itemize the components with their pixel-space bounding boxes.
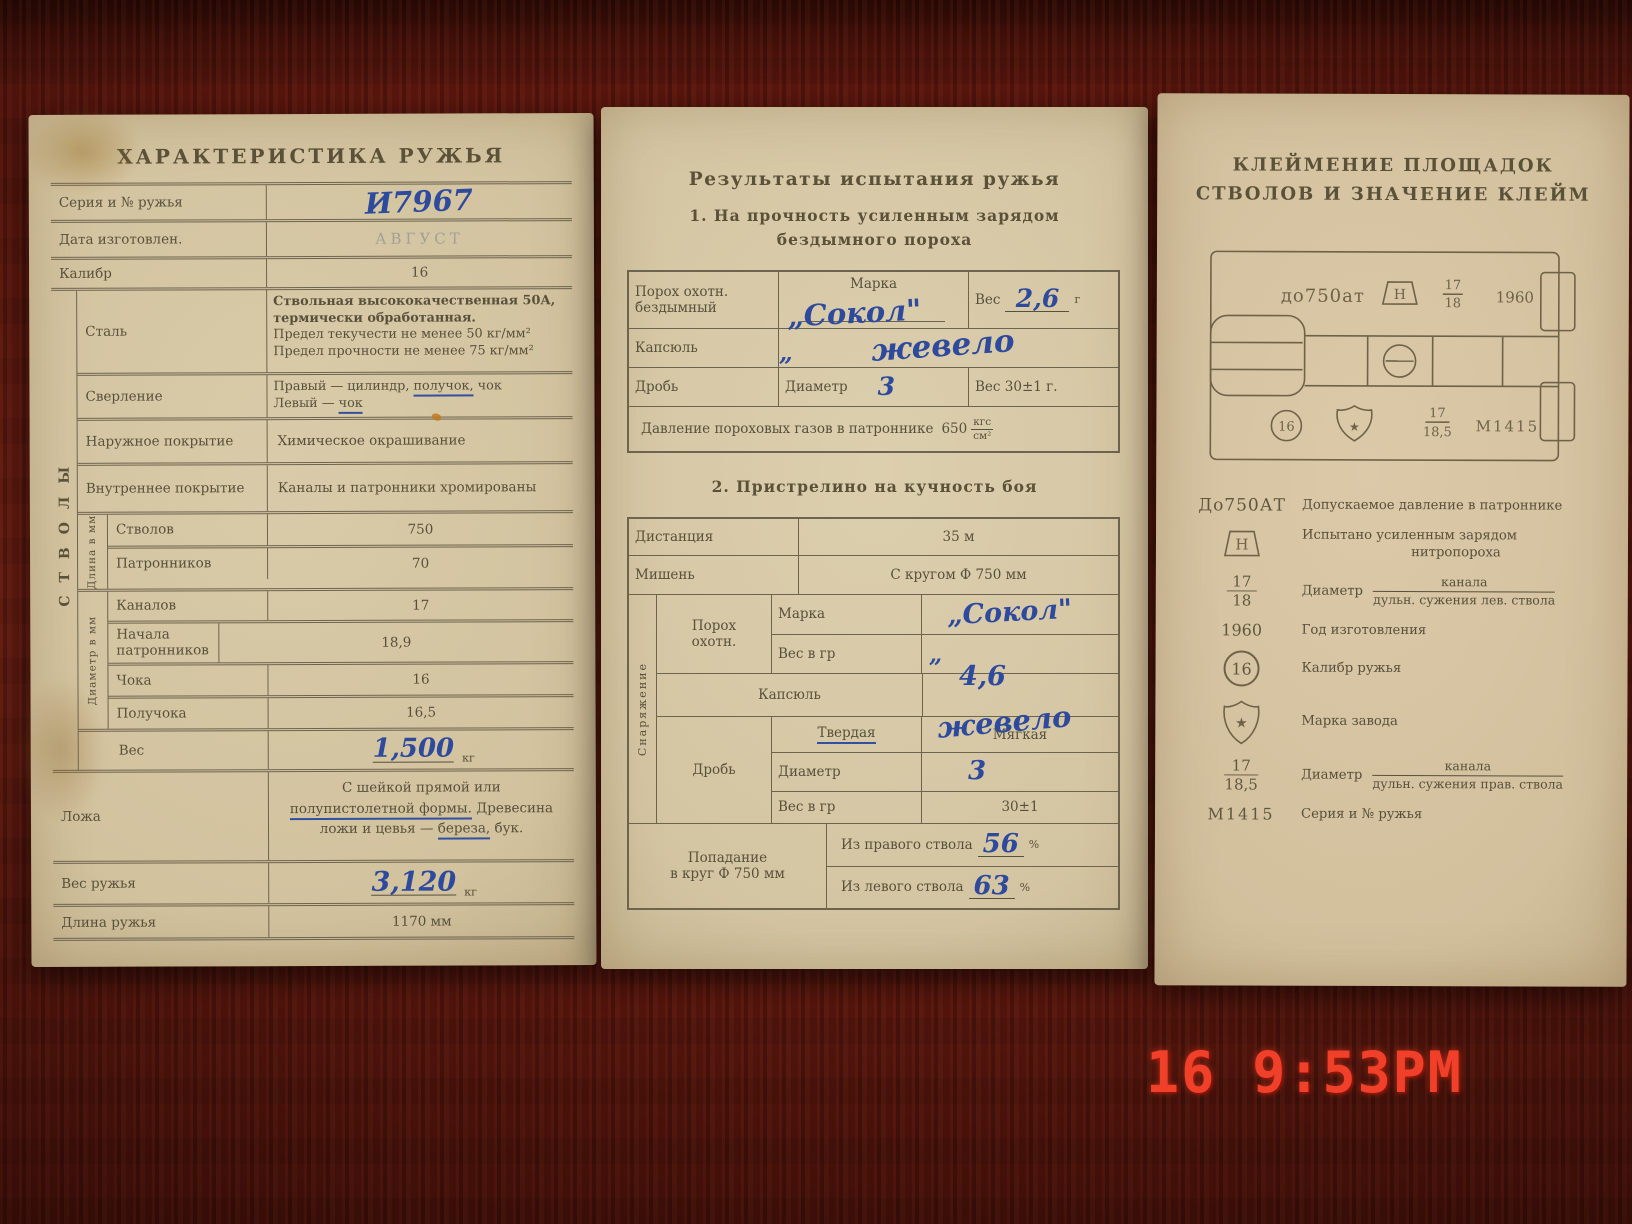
pressure-cell: Давление пороховых газов в патроннике 65… bbox=[629, 407, 1118, 451]
pressure-unit-fraction: кгс см² bbox=[971, 416, 993, 441]
powder2-label: Порохохотн. bbox=[657, 595, 772, 673]
caliber-stamp-number: 16 bbox=[1278, 419, 1295, 434]
stamp-pressure-text: до750ат bbox=[1281, 285, 1365, 306]
diameter-subgroup: Диаметр в мм Каналов 17 Начала патронник… bbox=[78, 590, 573, 732]
camera-timestamp: 16 9:53PM bbox=[1146, 1039, 1463, 1106]
drilling-value: Правый — цилиндр, получок, чок Левый — ч… bbox=[266, 374, 572, 417]
section1-line2: бездымного пороха bbox=[601, 228, 1148, 252]
stamps-title-line1: КЛЕЙМЕНИЕ ПЛОЩАДОК bbox=[1157, 151, 1629, 181]
length-vertical-label: Длина в мм bbox=[87, 515, 98, 589]
frac1-top: 17 bbox=[1227, 573, 1256, 592]
drilling-seg2: чок bbox=[474, 378, 502, 393]
barrels-group: СТВОЛЫ Сталь Ствольная высококачественна… bbox=[51, 289, 574, 773]
barrels-vertical-label: СТВОЛЫ bbox=[56, 454, 73, 607]
row-label: Сверление bbox=[77, 375, 266, 418]
nitro-proof-stamp-icon: Н bbox=[1220, 527, 1264, 561]
legend-factory-text: Марка завода bbox=[1287, 713, 1609, 732]
hits-block: Попаданиев круг Ф 750 мм Из правого ство… bbox=[629, 824, 1118, 908]
target-label: Мишень bbox=[629, 556, 799, 594]
row-label: Каналов bbox=[108, 592, 267, 622]
shot-diameter-handwritten: 3 bbox=[878, 372, 895, 402]
stamp-frac2-bottom: 18,5 bbox=[1423, 425, 1452, 440]
legend-row-caliber: 16 Калибр ружья bbox=[1195, 651, 1609, 688]
hits-label: Попаданиев круг Ф 750 мм bbox=[629, 824, 827, 908]
characteristics-table: Серия и № ружья И7967 Дата изготовлен. А… bbox=[51, 181, 575, 941]
frac1-bottom: 18 bbox=[1232, 592, 1251, 610]
table-row-barrels-weight: Вес 1,500 кг bbox=[79, 730, 574, 770]
right-barrel-cell: Из правого ствола 56 % bbox=[827, 824, 1118, 866]
legend-nitro-text: Испытано усиленным зарядом нитропороха bbox=[1288, 526, 1610, 563]
stock-underlined-wood: береза, bbox=[438, 820, 491, 839]
right-barrel-handwritten: 56 bbox=[983, 829, 1019, 859]
right-barrel-unit: % bbox=[1029, 838, 1039, 851]
weight-label: Вес bbox=[975, 292, 1000, 308]
table-row-gun-weight: Вес ружья 3,120 кг bbox=[53, 862, 574, 907]
barrels-weight-unit: кг bbox=[462, 752, 475, 769]
gun-weight-cell: 3,120 кг bbox=[268, 862, 574, 903]
legend-row-factory: ★ Марка завода bbox=[1195, 698, 1609, 747]
table-row-chamber-length: Патронников 70 bbox=[108, 547, 573, 580]
drilling-seg1: Правый — цилиндр, bbox=[273, 379, 413, 394]
primer-label: Капсюль bbox=[629, 329, 779, 367]
table-row-drilling: Сверление Правый — цилиндр, получок, чок… bbox=[77, 374, 572, 421]
barrel-lug bbox=[1211, 315, 1305, 395]
table-row-steel: Сталь Ствольная высококачественная 50А, … bbox=[77, 289, 572, 376]
shot2-label: Дробь bbox=[657, 717, 772, 823]
stock-underlined-shape: полупистолетной формы. bbox=[290, 800, 472, 820]
powder-label: Порох охотн.бездымный bbox=[629, 272, 779, 328]
stamp-year-text: 1960 bbox=[1496, 288, 1534, 306]
legend-frac2-text: Диаметр каналадульн. сужения прав. ствол… bbox=[1287, 758, 1609, 794]
stamps-legend: До750АТ Допускаемое давление в патронник… bbox=[1195, 495, 1610, 825]
legend-year-symbol: 1960 bbox=[1196, 621, 1288, 640]
table-row-right-barrel: Из правого ствола 56 % bbox=[827, 824, 1118, 867]
primer2-label: Капсюль bbox=[657, 674, 923, 716]
row-label: Калибр bbox=[51, 259, 266, 288]
stamp-frac1-bottom: 18 bbox=[1445, 296, 1462, 311]
legend-factory-symbol: ★ bbox=[1195, 698, 1287, 746]
table-row-chamber-start-diameter: Начала патронников 18,9 bbox=[108, 622, 573, 666]
legend-row-nitro: Н Испытано усиленным зарядом нитропороха bbox=[1196, 526, 1610, 563]
stamp-frac2-top: 17 bbox=[1429, 406, 1446, 421]
strength-test-table: Порох охотн.бездымный Марка Вес 2,6 г Ка… bbox=[627, 270, 1120, 453]
row-label: Наружное покрытие bbox=[78, 420, 267, 463]
caliber-circle: 16 bbox=[1223, 651, 1259, 687]
powder-weight2-quote-handwritten: „ bbox=[929, 641, 942, 668]
powder-weight2-label: Вес в гр bbox=[772, 635, 922, 674]
left-barrel-unit: % bbox=[1020, 881, 1030, 894]
frac1-prefix: Диаметр bbox=[1302, 584, 1363, 599]
steel-line3: Предел текучести не менее 50 кг/мм² bbox=[273, 326, 566, 344]
date-stamp-value: АВГУСТ bbox=[375, 229, 464, 247]
left-barrel-handwritten: 63 bbox=[974, 871, 1010, 901]
timestamp-day: 16 bbox=[1146, 1039, 1216, 1106]
marka-label: Марка bbox=[850, 276, 897, 292]
row-label: Длина ружья bbox=[53, 907, 268, 939]
gun-length-value: 1170 мм bbox=[268, 905, 574, 937]
barrel-flats-diagram-wrap: до750ат Н 17 18 1960 16 ★ 17 18,5 М1415 bbox=[1202, 245, 1589, 470]
nitro-letter: Н bbox=[1235, 536, 1248, 554]
row-label: Начала патронников bbox=[108, 624, 218, 663]
equipment-vertical-label: Снаряжение bbox=[637, 662, 649, 756]
legend-nitro-line2: нитропороха bbox=[1302, 544, 1610, 563]
drilling-underlined-halfchoke: получок, bbox=[413, 378, 473, 396]
shot-diameter2-label: Диаметр bbox=[772, 753, 922, 790]
hits-line1: Попадание bbox=[670, 850, 785, 866]
table-row-shot-weight2: Вес в гр 30±1 bbox=[772, 792, 1118, 823]
right-barrel-label: Из правого ствола bbox=[841, 837, 973, 853]
shot-diameter-label: Диаметр bbox=[785, 379, 848, 395]
pressure-text: Давление пороховых газов в патроннике bbox=[641, 421, 933, 437]
frac2-num: канала bbox=[1373, 758, 1564, 777]
page-title: ХАРАКТЕРИСТИКА РУЖЬЯ bbox=[29, 143, 594, 169]
table-row-caliber: Калибр 16 bbox=[51, 258, 572, 291]
legend-row-year: 1960 Год изготовления bbox=[1196, 621, 1610, 641]
section1-heading: 1. На прочность усиленным зарядом бездым… bbox=[601, 204, 1148, 252]
section2-heading: 2. Пристрелино на кучность боя bbox=[601, 475, 1148, 499]
row-label: Ложа bbox=[53, 773, 268, 862]
legend-caliber-symbol: 16 bbox=[1195, 651, 1287, 687]
row-label: Дата изготовлен. bbox=[51, 222, 266, 257]
length-subgroup: Длина в мм Стволов 750 Патронников 70 bbox=[78, 513, 573, 592]
table-row-inner-coating: Внутреннее покрытие Каналы и патронники … bbox=[78, 464, 573, 515]
timestamp-time: 9:53PM bbox=[1252, 1039, 1463, 1106]
equipment-vertical-cell: Снаряжение bbox=[629, 595, 657, 823]
stamps-title-line2: СТВОЛОВ И ЗНАЧЕНИЕ КЛЕЙМ bbox=[1157, 180, 1629, 210]
distance-label: Дистанция bbox=[629, 519, 799, 555]
legend-caliber-text: Калибр ружья bbox=[1288, 660, 1610, 679]
legend-serial-text: Серия и № ружья bbox=[1287, 805, 1609, 824]
table-row-gun-length: Длина ружья 1170 мм bbox=[53, 905, 574, 941]
barrel-length-value: 750 bbox=[267, 513, 573, 545]
chamber-start-diameter-value: 18,9 bbox=[218, 622, 573, 662]
frac2-top: 17 bbox=[1224, 757, 1257, 776]
legend-pressure-text: Допускаемое давление в патроннике bbox=[1288, 496, 1610, 515]
right-tab-top bbox=[1541, 272, 1575, 330]
table-row-target: Мишень С кругом Ф 750 мм bbox=[629, 556, 1118, 595]
table-row-date: Дата изготовлен. АВГУСТ bbox=[51, 221, 572, 260]
barrels-weight-handwritten: 1,500 bbox=[373, 734, 455, 764]
drilling-seg3: Левый — bbox=[273, 396, 338, 411]
legend-frac2-symbol: 1718,5 bbox=[1195, 757, 1287, 794]
frac1-num: канала bbox=[1373, 574, 1555, 593]
row-label: Вес ружья bbox=[53, 864, 268, 905]
frac2-prefix: Диаметр bbox=[1301, 768, 1362, 783]
shot-weight2-value: 30±1 bbox=[922, 792, 1118, 823]
stamps-title: КЛЕЙМЕНИЕ ПЛОЩАДОК СТВОЛОВ И ЗНАЧЕНИЕ КЛ… bbox=[1157, 151, 1629, 210]
powder-brand-handwritten: „Сокол" bbox=[786, 293, 922, 334]
results-title: Результаты испытания ружья bbox=[601, 169, 1148, 190]
factory-mark-stamp-icon: ★ bbox=[1221, 698, 1261, 746]
barrels-weight-cell: 1,500 кг bbox=[268, 730, 574, 769]
shot-label: Дробь bbox=[629, 368, 779, 406]
table-row-distance: Дистанция 35 м bbox=[629, 519, 1118, 556]
table-row-barrel-length: Стволов 750 bbox=[108, 513, 573, 549]
marka2-label: Марка bbox=[772, 595, 922, 634]
gun-weight-unit: кг bbox=[464, 886, 477, 903]
halfchoke-diameter-value: 16,5 bbox=[268, 697, 574, 728]
row-label: Внутреннее покрытие bbox=[78, 465, 267, 512]
shot-weight2-label: Вес в гр bbox=[772, 792, 922, 823]
row-label: Сталь bbox=[77, 290, 266, 373]
powder-label-line2: бездымный bbox=[635, 300, 728, 316]
row-label: Получока bbox=[109, 699, 268, 730]
steel-line4: Предел прочности не менее 75 кг/мм² bbox=[273, 343, 566, 361]
row-label: Серия и № ружья bbox=[51, 185, 266, 220]
table-row-halfchoke-diameter: Получока 16,5 bbox=[109, 697, 574, 729]
legend-pressure-symbol: До750АТ bbox=[1196, 495, 1288, 515]
shot-diameter2-handwritten: 3 bbox=[968, 756, 986, 787]
pattern-test-table: Дистанция 35 м Мишень С кругом Ф 750 мм … bbox=[627, 517, 1120, 910]
legend-nitro-line1: Испытано усиленным зарядом bbox=[1302, 526, 1610, 545]
legend-frac1-symbol: 1718 bbox=[1196, 573, 1288, 610]
steel-line1: Ствольная высококачественная 50А, bbox=[273, 293, 566, 311]
shot-diameter-cell: Диаметр 3 bbox=[779, 368, 969, 406]
row-label: Патронников bbox=[108, 548, 267, 580]
shot-weight-label: Вес 30±1 г. bbox=[969, 368, 1118, 406]
stamp-frac1-top: 17 bbox=[1445, 278, 1462, 293]
left-page-characteristics: ХАРАКТЕРИСТИКА РУЖЬЯ Серия и № ружья И79… bbox=[29, 113, 597, 967]
powder-weight2-handwritten: 4,6 bbox=[959, 661, 1006, 692]
caliber-value: 16 bbox=[266, 258, 572, 287]
table-row-bore-diameter: Каналов 17 bbox=[108, 590, 573, 624]
primer-quote-handwritten: „ bbox=[779, 338, 793, 367]
choke-diameter-value: 16 bbox=[267, 664, 573, 695]
table-row-shot: Дробь Диаметр 3 Вес 30±1 г. bbox=[629, 368, 1118, 407]
outer-coating-value: Химическое окрашивание bbox=[267, 419, 573, 462]
pressure-unit-top: кгс bbox=[971, 416, 993, 429]
powder-brand2-handwritten: „Сокол" bbox=[946, 594, 1073, 632]
legend-frac1-text: Диаметр каналадульн. сужения лев. ствола bbox=[1288, 574, 1610, 610]
barrel-flats-diagram: до750ат Н 17 18 1960 16 ★ 17 18,5 М1415 bbox=[1202, 245, 1583, 466]
nitro-proof-letter: Н bbox=[1394, 287, 1406, 303]
table-row-stock: Ложа С шейкой прямой или полупистолетной… bbox=[53, 771, 574, 864]
target-value: С кругом Ф 750 мм bbox=[799, 556, 1118, 594]
powder2-line2: охотн. bbox=[692, 634, 737, 650]
right-tab-bottom bbox=[1540, 382, 1574, 440]
stock-seg1: С шейкой прямой или bbox=[342, 780, 501, 797]
diameter-vertical-label: Диаметр в мм bbox=[87, 616, 98, 706]
legend-row-right-diameter: 1718,5 Диаметр каналадульн. сужения прав… bbox=[1195, 757, 1609, 795]
stock-value: С шейкой прямой или полупистолетной форм… bbox=[268, 771, 574, 860]
middle-page-test-results: Результаты испытания ружья 1. На прочнос… bbox=[601, 107, 1148, 969]
powder-weight-handwritten: 2,6 bbox=[1016, 284, 1060, 313]
legend-row-left-diameter: 1718 Диаметр каналадульн. сужения лев. с… bbox=[1196, 573, 1610, 611]
row-label: Вес bbox=[79, 732, 268, 771]
row-label: Чока bbox=[108, 666, 267, 697]
right-page-stamps: КЛЕЙМЕНИЕ ПЛОЩАДОК СТВОЛОВ И ЗНАЧЕНИЕ КЛ… bbox=[1154, 93, 1629, 987]
stock-seg3: бук. bbox=[490, 820, 523, 836]
powder-weight-cell: Вес 2,6 г bbox=[969, 272, 1118, 328]
rib-bottom-line bbox=[1305, 385, 1559, 386]
table-row-left-barrel: Из левого ствола 63 % bbox=[827, 867, 1118, 909]
chamber-length-value: 70 bbox=[267, 547, 573, 579]
inner-coating-value: Каналы и патронники хромированы bbox=[267, 464, 573, 511]
legend-row-pressure: До750АТ Допускаемое давление в патронник… bbox=[1196, 495, 1610, 516]
frac1-den: дульн. сужения лев. ствола bbox=[1373, 592, 1555, 608]
table-row-pressure: Давление пороховых газов в патроннике 65… bbox=[629, 407, 1118, 451]
powder2-line1: Порох bbox=[692, 618, 737, 634]
serial-handwritten-value: И7967 bbox=[365, 183, 474, 221]
powder-label-line1: Порох охотн. bbox=[635, 284, 728, 300]
bore-diameter-value: 17 bbox=[267, 590, 573, 620]
shot-hard-underlined: Твердая bbox=[817, 725, 875, 744]
left-barrel-label: Из левого ствола bbox=[841, 879, 964, 895]
table-row-serial: Серия и № ружья И7967 bbox=[51, 184, 572, 223]
table-row-shot-diameter2: Диаметр 3 bbox=[772, 753, 1118, 791]
hits-line2: в круг Ф 750 мм bbox=[670, 866, 785, 882]
rib-top-line bbox=[1305, 335, 1559, 336]
table-row-outer-coating: Наружное покрытие Химическое окрашивание bbox=[78, 419, 573, 466]
table-row-choke-diameter: Чока 16 bbox=[108, 664, 573, 699]
powder-weight2-value-area bbox=[922, 635, 1118, 674]
factory-mark-star: ★ bbox=[1349, 419, 1360, 433]
distance-value: 35 м bbox=[799, 519, 1118, 555]
shield-star: ★ bbox=[1235, 716, 1248, 732]
frac2-bottom: 18,5 bbox=[1224, 776, 1257, 794]
stamp-serial-text: М1415 bbox=[1476, 417, 1540, 435]
powder-weight-unit: г bbox=[1074, 293, 1080, 306]
section1-line1: 1. На прочность усиленным зарядом bbox=[601, 204, 1148, 228]
table-row-powder-weight2: Вес в гр bbox=[772, 635, 1118, 674]
steel-line2: термически обработанная. bbox=[273, 310, 566, 328]
legend-serial-symbol: М1415 bbox=[1195, 805, 1287, 824]
pressure-unit-bottom: см² bbox=[971, 430, 993, 442]
frac2-den: дульн. сужения прав. ствола bbox=[1373, 776, 1564, 792]
steel-value: Ствольная высококачественная 50А, термич… bbox=[266, 289, 572, 372]
legend-year-text: Год изготовления bbox=[1288, 621, 1610, 640]
pressure-value: 650 bbox=[941, 421, 967, 437]
row-label: Стволов bbox=[108, 514, 267, 546]
legend-row-serial: М1415 Серия и № ружья bbox=[1195, 805, 1609, 825]
photo-background: ХАРАКТЕРИСТИКА РУЖЬЯ Серия и № ружья И79… bbox=[0, 0, 1632, 1224]
gun-weight-handwritten: 3,120 bbox=[372, 866, 457, 897]
left-barrel-cell: Из левого ствола 63 % bbox=[827, 867, 1118, 909]
drilling-underlined-choke: чок bbox=[339, 395, 363, 413]
legend-nitro-symbol: Н bbox=[1196, 527, 1288, 561]
